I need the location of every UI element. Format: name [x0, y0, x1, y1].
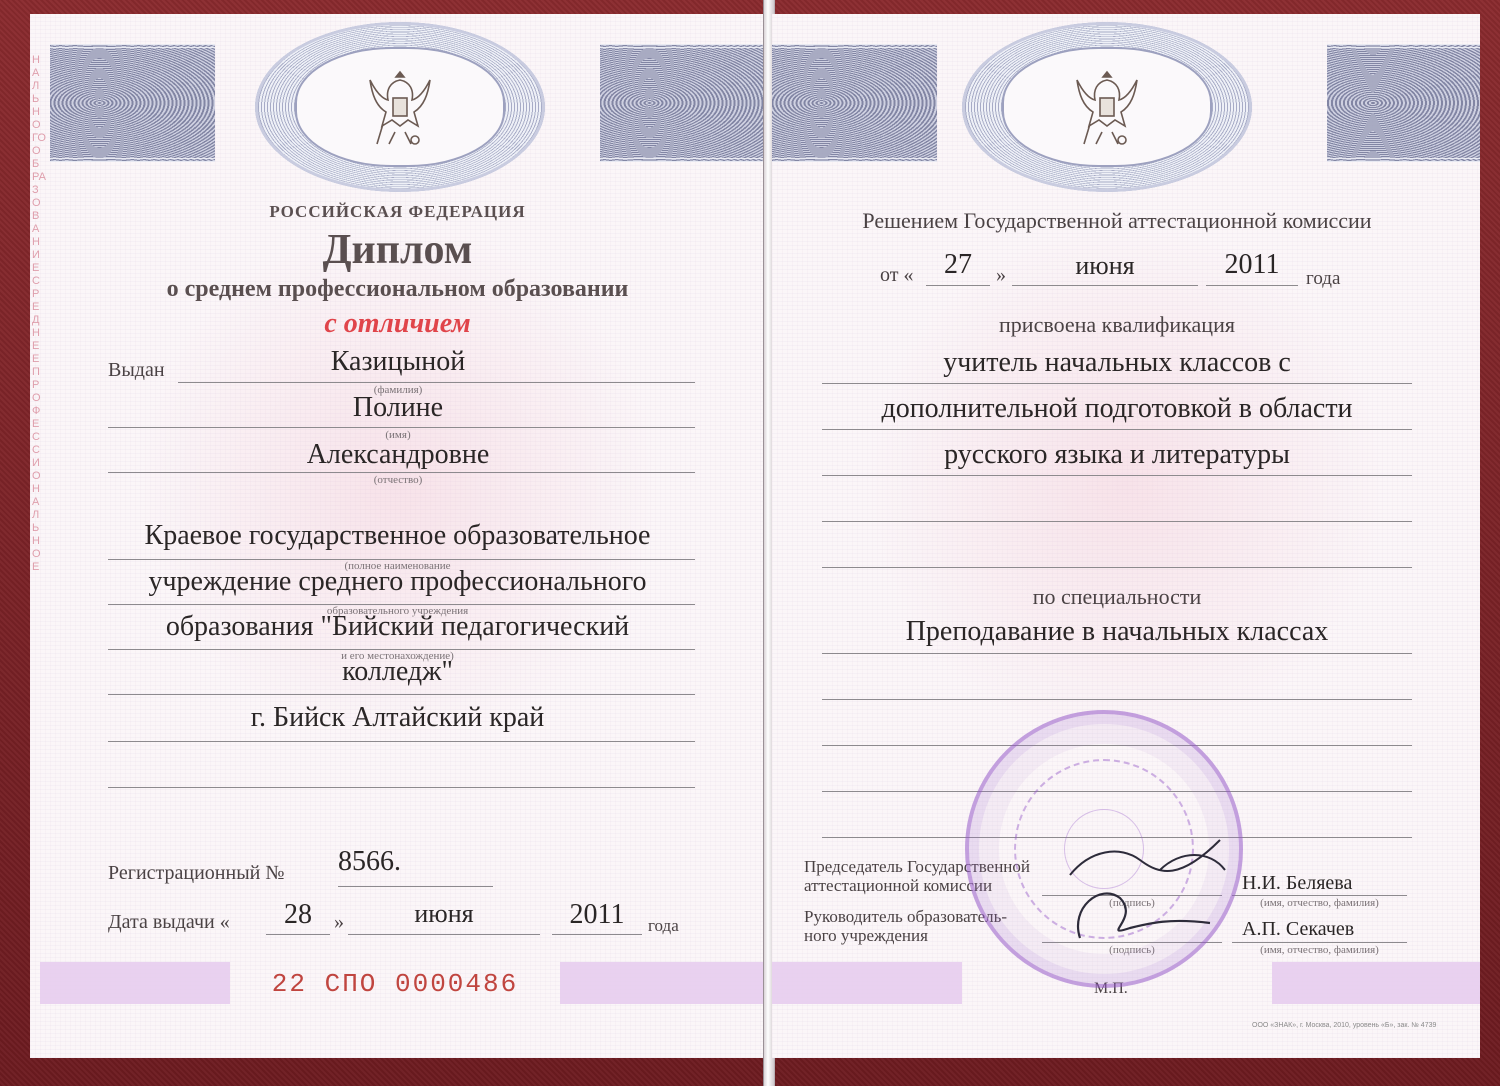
specialty-rule-2	[822, 699, 1412, 700]
decision-month-rule	[1012, 285, 1198, 286]
emblem-frame	[962, 22, 1252, 192]
issue-month: июня	[348, 899, 540, 929]
serial-number: 22 СПО 0000486	[230, 969, 560, 999]
guilloche-band-right	[1327, 44, 1480, 162]
country-heading: РОССИЙСКАЯ ФЕДЕРАЦИЯ	[30, 202, 765, 222]
qualification-rule-3	[822, 475, 1412, 476]
guilloche-band-left	[50, 44, 215, 162]
first-name-value: Полине	[108, 392, 688, 424]
institution-line-2: учреждение среднего профессионального	[100, 566, 695, 598]
decision-year: 2011	[1206, 249, 1298, 281]
diploma-title: Диплом	[30, 226, 765, 274]
issue-date-label: Дата выдачи «	[108, 911, 230, 934]
institution-rule-4	[108, 694, 695, 695]
qualification-label: присвоена квалификация	[772, 312, 1462, 338]
decision-year-suffix: года	[1306, 268, 1340, 290]
patronymic-value: Александровне	[108, 439, 688, 471]
institution-location: г. Бийск Алтайский край	[100, 702, 695, 734]
surname-value: Казицыной	[178, 346, 618, 378]
honors-label: с отличием	[30, 308, 765, 340]
decision-year-rule	[1206, 285, 1298, 286]
issued-to-label: Выдан	[108, 359, 165, 382]
registration-rule	[338, 886, 493, 887]
institution-rule-5	[108, 741, 695, 742]
chair-name-caption: (имя, отчество, фамилия)	[1232, 897, 1407, 909]
registration-label: Регистрационный №	[108, 862, 284, 885]
qualification-rule-2	[822, 429, 1412, 430]
coat-of-arms-icon	[365, 62, 435, 152]
qualification-rule-1	[822, 383, 1412, 384]
issue-day: 28	[266, 899, 330, 931]
institution-rule-6	[108, 787, 695, 788]
issue-month-rule	[348, 934, 540, 935]
guilloche-band-left	[772, 44, 937, 162]
head-name: А.П. Секачев	[1242, 918, 1354, 941]
issue-year: 2011	[552, 899, 642, 931]
head-label-line-2: ного учреждения	[804, 926, 1007, 945]
decision-date-prefix: от «	[880, 264, 913, 287]
issue-quote-close: »	[334, 911, 344, 934]
decision-text: Решением Государственной аттестационной …	[772, 208, 1462, 234]
head-label-line-1: Руководитель образователь-	[804, 907, 1007, 926]
qualification-line-2: дополнительной подготовкой в области	[822, 393, 1412, 425]
bottom-stripe-right	[1272, 962, 1480, 1004]
emblem-frame	[255, 22, 545, 192]
registration-number: 8566.	[338, 846, 401, 878]
specialty-value: Преподавание в начальных классах	[822, 616, 1412, 648]
bottom-stripe-left	[40, 962, 230, 1004]
institution-line-4: колледж"	[100, 656, 695, 688]
issue-year-rule	[552, 934, 642, 935]
edge-microtext: НАЛЬНОГООБРАЗОВАНИЕСРЕДНЕЕПРОФЕССИОНАЛЬН…	[32, 54, 46, 1018]
issue-year-suffix: года	[648, 916, 679, 936]
specialty-label: по специальности	[772, 584, 1462, 610]
head-name-caption: (имя, отчество, фамилия)	[1232, 944, 1407, 956]
bottom-stripe-right	[560, 962, 765, 1004]
printer-note: ООО «ЗНАК», г. Москва, 2010, уровень «Б»…	[1252, 1022, 1436, 1029]
decision-day-rule	[926, 285, 990, 286]
coat-of-arms-icon	[1072, 62, 1142, 152]
institution-line-1: Краевое государственное образовательное	[100, 520, 695, 552]
decision-month: июня	[1012, 251, 1198, 281]
guilloche-band-right	[600, 44, 765, 162]
chair-name: Н.И. Беляева	[1242, 872, 1352, 895]
bottom-stripe-left	[772, 962, 962, 1004]
first-name-line	[108, 427, 695, 428]
left-page: НАЛЬНОГООБРАЗОВАНИЕСРЕДНЕЕПРОФЕССИОНАЛЬН…	[30, 14, 765, 1058]
qualification-line-3: русского языка и литературы	[822, 439, 1412, 471]
decision-quote-close: »	[996, 264, 1006, 287]
qualification-line-1: учитель начальных классов с	[822, 347, 1412, 379]
patronymic-line	[108, 472, 695, 473]
diploma-subtitle: о среднем профессиональном образовании	[30, 276, 765, 303]
qualification-rule-5	[822, 567, 1412, 568]
patronymic-caption: (отчество)	[108, 474, 688, 486]
head-name-rule	[1232, 942, 1407, 943]
surname-line	[178, 382, 695, 383]
qualification-rule-4	[822, 521, 1412, 522]
head-label: Руководитель образователь- ного учрежден…	[804, 907, 1007, 945]
decision-day: 27	[926, 249, 990, 281]
specialty-rule-1	[822, 653, 1412, 654]
head-signature	[1060, 878, 1220, 948]
chair-name-rule	[1232, 895, 1407, 896]
issue-day-rule	[266, 934, 330, 935]
institution-line-3: образования "Бийский педагогический	[100, 611, 695, 643]
